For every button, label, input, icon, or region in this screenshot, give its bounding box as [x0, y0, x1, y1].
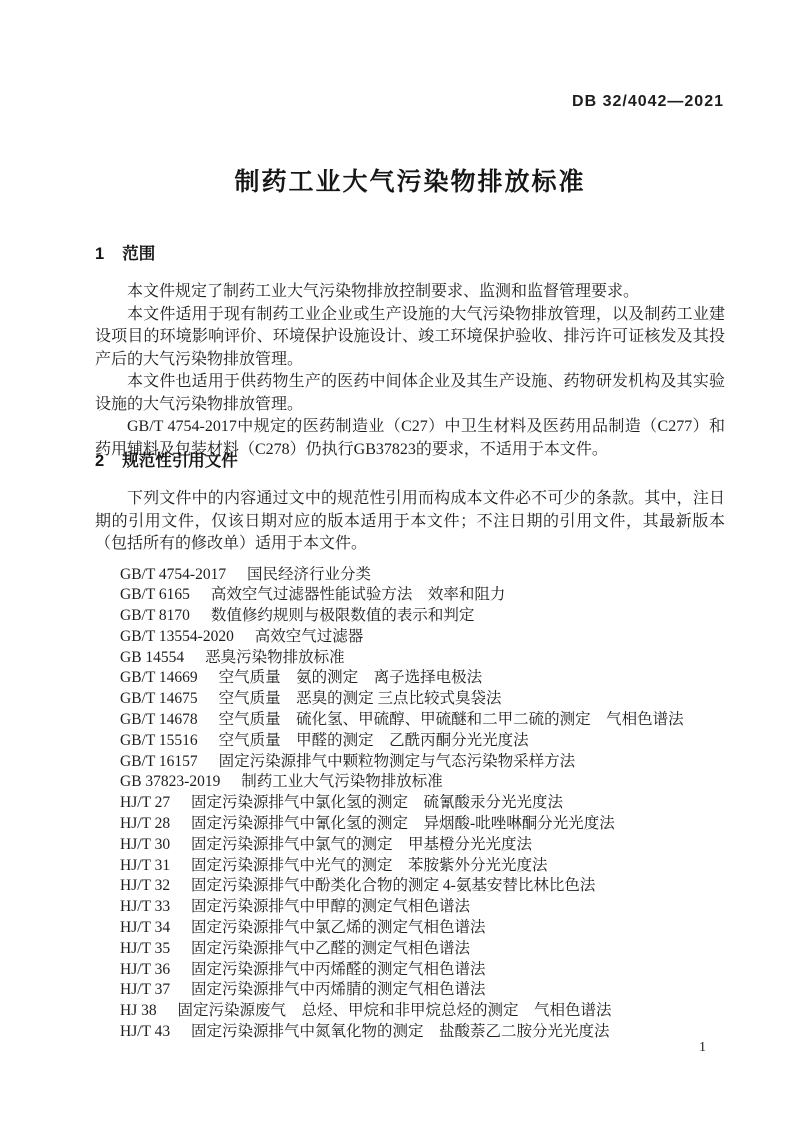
- section-1-heading: 1范围: [95, 240, 725, 264]
- reference-item: HJ/T 33固定污染源排气中甲醇的测定气相色谱法: [120, 897, 725, 918]
- paragraph: 下列文件中的内容通过文中的规范性引用而构成本文件必不可少的条款。其中，注日期的引…: [95, 488, 725, 556]
- reference-code: HJ/T 43: [120, 1023, 170, 1040]
- reference-title: 数值修约规则与极限数值的表示和判定: [211, 607, 475, 624]
- section-2-heading: 2规范性引用文件: [95, 447, 725, 471]
- reference-code: HJ/T 35: [120, 940, 170, 957]
- reference-item: GB/T 14675空气质量 恶臭的测定 三点比较式臭袋法: [120, 689, 725, 710]
- reference-title: 固定污染源排气中丙烯醛的测定气相色谱法: [191, 961, 486, 978]
- reference-item: GB/T 13554-2020高效空气过滤器: [120, 627, 725, 648]
- reference-item: HJ/T 37固定污染源排气中丙烯腈的测定气相色谱法: [120, 980, 725, 1001]
- reference-code: HJ/T 34: [120, 919, 170, 936]
- reference-item: HJ/T 30固定污染源排气中氯气的测定 甲基橙分光光度法: [120, 835, 725, 856]
- reference-item: HJ/T 34固定污染源排气中氯乙烯的测定气相色谱法: [120, 918, 725, 939]
- reference-title: 固定污染源排气中氮氧化物的测定 盐酸萘乙二胺分光光度法: [191, 1023, 610, 1040]
- reference-item: GB/T 14678空气质量 硫化氢、甲硫醇、甲硫醚和二甲二硫的测定 气相色谱法: [120, 710, 725, 731]
- reference-title: 固定污染源排气中氯化氢的测定 硫氰酸汞分光光度法: [191, 794, 563, 811]
- paragraph: 本文件适用于现有制药工业企业或生产设施的大气污染物排放管理，以及制药工业建设项目…: [95, 304, 725, 372]
- reference-title: 固定污染源排气中氰化氢的测定 异烟酸-吡唑啉酮分光光度法: [191, 815, 615, 832]
- reference-title: 固定污染源排气中颗粒物测定与气态污染物采样方法: [219, 753, 576, 770]
- reference-title: 高效空气过滤器性能试验方法 效率和阻力: [211, 586, 506, 603]
- reference-title: 国民经济行业分类: [247, 566, 371, 583]
- reference-item: HJ/T 36固定污染源排气中丙烯醛的测定气相色谱法: [120, 960, 725, 981]
- reference-title: 空气质量 甲醛的测定 乙酰丙酮分光光度法: [219, 732, 529, 749]
- section-scope: 1范围 本文件规定了制药工业大气污染物排放控制要求、监测和监督管理要求。 本文件…: [95, 240, 725, 461]
- reference-code: HJ/T 37: [120, 981, 170, 998]
- reference-title: 固定污染源排气中乙醛的测定气相色谱法: [191, 940, 470, 957]
- reference-title: 固定污染源排气中氯乙烯的测定气相色谱法: [191, 919, 486, 936]
- reference-code: GB/T 16157: [120, 753, 198, 770]
- reference-item: HJ/T 31固定污染源排气中光气的测定 苯胺紫外分光光度法: [120, 856, 725, 877]
- reference-code: HJ/T 31: [120, 857, 170, 874]
- reference-code: GB/T 14678: [120, 711, 198, 728]
- reference-code: GB/T 8170: [120, 607, 190, 624]
- reference-item: HJ/T 32固定污染源排气中酚类化合物的测定 4-氨基安替比林比色法: [120, 876, 725, 897]
- reference-title: 空气质量 硫化氢、甲硫醇、甲硫醚和二甲二硫的测定 气相色谱法: [219, 711, 684, 728]
- paragraph: 本文件也适用于供药物生产的医药中间体企业及其生产设施、药物研发机构及其实验设施的…: [95, 371, 725, 416]
- reference-code: GB/T 14675: [120, 690, 198, 707]
- reference-code: GB/T 13554-2020: [120, 628, 234, 645]
- section-normative-references: 2规范性引用文件 下列文件中的内容通过文中的规范性引用而构成本文件必不可少的条款…: [95, 447, 725, 1043]
- reference-item: HJ/T 35固定污染源排气中乙醛的测定气相色谱法: [120, 939, 725, 960]
- reference-code: GB/T 6165: [120, 586, 190, 603]
- reference-title: 恶臭污染物排放标准: [205, 649, 345, 666]
- reference-item: GB/T 4754-2017国民经济行业分类: [120, 565, 725, 586]
- page-number: 1: [699, 1040, 706, 1056]
- reference-title: 空气质量 氨的测定 离子选择电极法: [219, 669, 483, 686]
- reference-title: 高效空气过滤器: [255, 628, 364, 645]
- reference-item: GB/T 15516空气质量 甲醛的测定 乙酰丙酮分光光度法: [120, 731, 725, 752]
- reference-code: GB 37823-2019: [120, 773, 220, 790]
- reference-code: HJ/T 30: [120, 836, 170, 853]
- reference-item: HJ/T 28固定污染源排气中氰化氢的测定 异烟酸-吡唑啉酮分光光度法: [120, 814, 725, 835]
- reference-code: HJ/T 33: [120, 898, 170, 915]
- section-1-number: 1: [95, 245, 104, 263]
- reference-item: GB/T 14669空气质量 氨的测定 离子选择电极法: [120, 668, 725, 689]
- reference-title: 固定污染源排气中酚类化合物的测定 4-氨基安替比林比色法: [191, 877, 595, 894]
- reference-title: 固定污染源排气中丙烯腈的测定气相色谱法: [191, 981, 486, 998]
- section-2-number: 2: [95, 452, 104, 470]
- paragraph: 本文件规定了制药工业大气污染物排放控制要求、监测和监督管理要求。: [95, 281, 725, 304]
- reference-title: 固定污染源排气中光气的测定 苯胺紫外分光光度法: [191, 857, 548, 874]
- document-title: 制药工业大气污染物排放标准: [95, 162, 725, 198]
- reference-item: GB/T 6165高效空气过滤器性能试验方法 效率和阻力: [120, 585, 725, 606]
- reference-title: 空气质量 恶臭的测定 三点比较式臭袋法: [219, 690, 502, 707]
- reference-item: GB 14554恶臭污染物排放标准: [120, 648, 725, 669]
- reference-code: HJ/T 28: [120, 815, 170, 832]
- reference-code: GB/T 14669: [120, 669, 198, 686]
- reference-title: 固定污染源废气 总烃、甲烷和非甲烷总烃的测定 气相色谱法: [178, 1002, 612, 1019]
- reference-code: GB/T 4754-2017: [120, 566, 226, 583]
- reference-item: HJ/T 27固定污染源排气中氯化氢的测定 硫氰酸汞分光光度法: [120, 793, 725, 814]
- reference-item: HJ 38固定污染源废气 总烃、甲烷和非甲烷总烃的测定 气相色谱法: [120, 1001, 725, 1022]
- reference-item: GB 37823-2019制药工业大气污染物排放标准: [120, 772, 725, 793]
- reference-title: 制药工业大气污染物排放标准: [241, 773, 443, 790]
- reference-code: HJ/T 27: [120, 794, 170, 811]
- reference-code: GB 14554: [120, 649, 184, 666]
- reference-code: GB/T 15516: [120, 732, 198, 749]
- reference-item: GB/T 8170数值修约规则与极限数值的表示和判定: [120, 606, 725, 627]
- reference-code: HJ/T 32: [120, 877, 170, 894]
- reference-item: GB/T 16157固定污染源排气中颗粒物测定与气态污染物采样方法: [120, 752, 725, 773]
- reference-code: HJ/T 36: [120, 961, 170, 978]
- reference-code: HJ 38: [120, 1002, 157, 1019]
- section-2-title: 规范性引用文件: [122, 452, 238, 470]
- document-page: DB 32/4042—2021 制药工业大气污染物排放标准 1范围 本文件规定了…: [0, 0, 800, 1131]
- section-1-title: 范围: [122, 245, 155, 263]
- reference-title: 固定污染源排气中甲醇的测定气相色谱法: [191, 898, 470, 915]
- reference-item: HJ/T 43固定污染源排气中氮氧化物的测定 盐酸萘乙二胺分光光度法: [120, 1022, 725, 1043]
- reference-title: 固定污染源排气中氯气的测定 甲基橙分光光度法: [191, 836, 532, 853]
- reference-list: GB/T 4754-2017国民经济行业分类 GB/T 6165高效空气过滤器性…: [95, 565, 725, 1043]
- doc-number: DB 32/4042—2021: [572, 93, 724, 111]
